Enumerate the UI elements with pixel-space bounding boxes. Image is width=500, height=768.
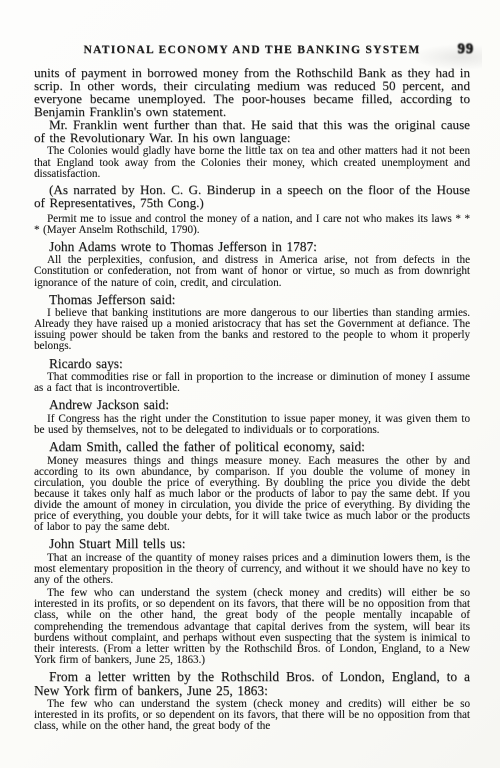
heading-rothschild-letter: From a letter written by the Rothschild … bbox=[34, 670, 470, 697]
heading-john-adams: John Adams wrote to Thomas Jefferson in … bbox=[34, 240, 470, 254]
scanned-book-page: NATIONAL ECONOMY AND THE BANKING SYSTEM … bbox=[0, 0, 500, 768]
heading-ricardo: Ricardo says: bbox=[34, 357, 470, 371]
running-head: NATIONAL ECONOMY AND THE BANKING SYSTEM … bbox=[34, 44, 470, 56]
quote-ricardo: That commodities rise or fall in proport… bbox=[34, 372, 470, 394]
quote-mill-currency: That an increase of the quantity of mone… bbox=[34, 553, 470, 586]
heading-adam-smith: Adam Smith, called the father of politic… bbox=[34, 440, 470, 454]
quote-andrew-jackson: If Congress has the right under the Cons… bbox=[34, 414, 470, 436]
quote-john-adams: All the perplexities, confusion, and dis… bbox=[34, 255, 470, 288]
quote-colonies: The Colonies would gladly have borne the… bbox=[34, 146, 470, 179]
paragraph-binderup-attribution: (As narrated by Hon. C. G. Binderup in a… bbox=[34, 184, 470, 210]
quote-rothschild-letter: The few who can understand the system (c… bbox=[34, 699, 470, 732]
heading-john-stuart-mill: John Stuart Mill tells us: bbox=[34, 537, 470, 551]
quote-thomas-jefferson: I believe that banking institutions are … bbox=[34, 308, 470, 352]
heading-andrew-jackson: Andrew Jackson said: bbox=[34, 398, 470, 412]
page-number: 99 bbox=[458, 41, 475, 58]
quote-mill-system: The few who can understand the system (c… bbox=[34, 588, 470, 666]
quote-rothschild-1790: Permit me to issue and control the money… bbox=[34, 214, 470, 236]
paragraph-franklin: Mr. Franklin went further than that. He … bbox=[34, 119, 470, 145]
heading-thomas-jefferson: Thomas Jefferson said: bbox=[34, 293, 470, 307]
running-head-title: NATIONAL ECONOMY AND THE BANKING SYSTEM bbox=[83, 44, 420, 56]
quote-adam-smith: Money measures things and things measure… bbox=[34, 456, 470, 534]
continuation-paragraph: units of payment in borrowed money from … bbox=[34, 67, 470, 119]
